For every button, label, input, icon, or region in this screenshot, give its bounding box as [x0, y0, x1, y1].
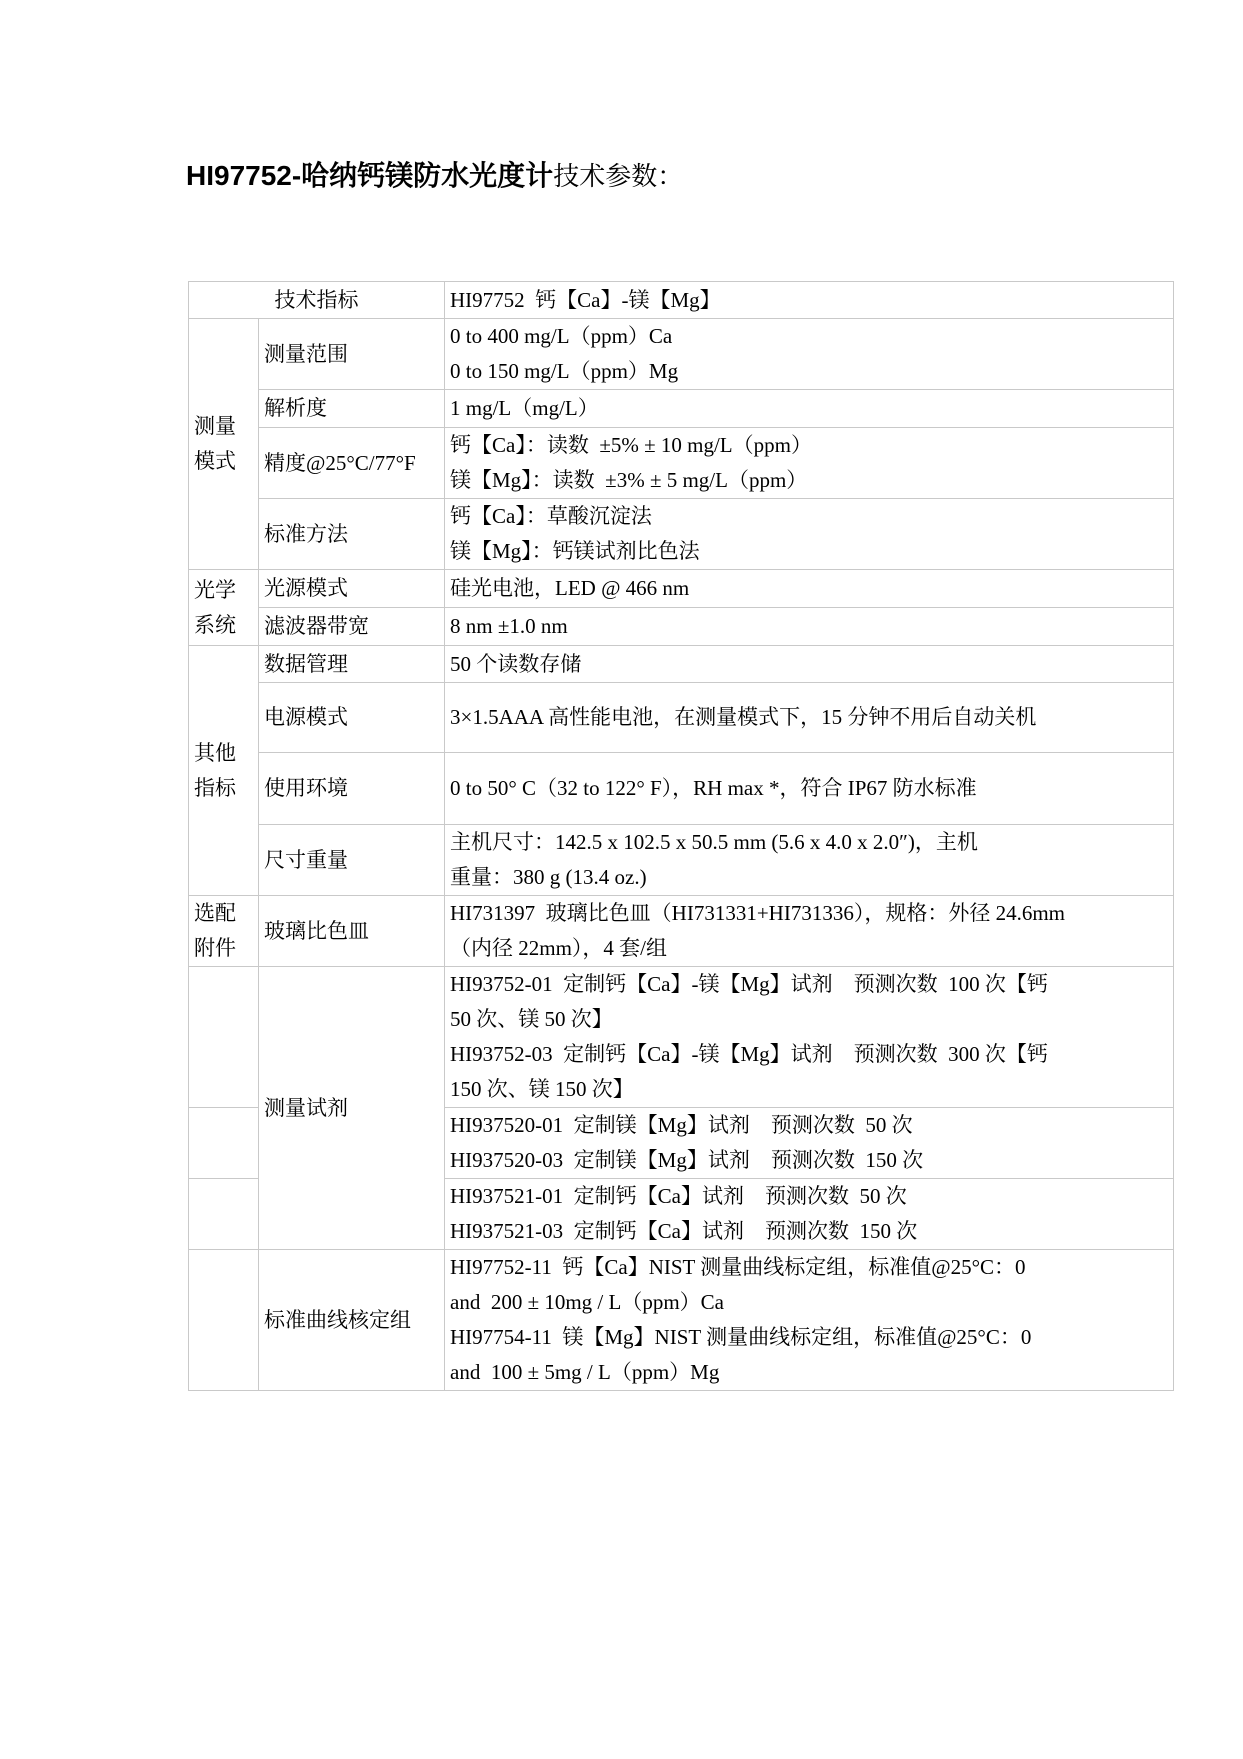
table-row: 技术指标HI97752 钙【Ca】-镁【Mg】 — [189, 282, 1174, 319]
spec-label-cell: 解析度 — [259, 390, 445, 428]
spec-label-cell: 电源模式 — [259, 683, 445, 753]
spec-value-cell: 硅光电池，LED @ 466 nm — [445, 570, 1174, 608]
spec-group-cell — [189, 1108, 259, 1179]
spec-group-cell: 其他 指标 — [189, 646, 259, 896]
spec-value-cell: 钙【Ca】：读数 ±5% ± 10 mg/L（ppm） 镁【Mg】：读数 ±3%… — [445, 428, 1174, 499]
table-row: 滤波器带宽8 nm ±1.0 nm — [189, 608, 1174, 646]
spec-value-cell: 钙【Ca】：草酸沉淀法 镁【Mg】：钙镁试剂比色法 — [445, 499, 1174, 570]
spec-label-cell: 精度@25°C/77°F — [259, 428, 445, 499]
spec-header-value-cell: HI97752 钙【Ca】-镁【Mg】 — [445, 282, 1174, 319]
title-product-name: HI97752-哈纳钙镁防水光度计 — [186, 160, 553, 191]
spec-label-cell: 玻璃比色皿 — [259, 896, 445, 967]
spec-value-cell: 3×1.5AAA 高性能电池，在测量模式下，15 分钟不用后自动关机 — [445, 683, 1174, 753]
table-row: 其他 指标数据管理50 个读数存储 — [189, 646, 1174, 683]
page-title: HI97752-哈纳钙镁防水光度计技术参数： — [186, 156, 683, 195]
table-row: 解析度1 mg/L（mg/L） — [189, 390, 1174, 428]
spec-group-cell: 测量 模式 — [189, 319, 259, 570]
spec-value-cell: 0 to 400 mg/L（ppm）Ca 0 to 150 mg/L（ppm）M… — [445, 319, 1174, 390]
title-suffix: 技术参数： — [553, 162, 683, 191]
spec-value-cell: HI93752-01 定制钙【Ca】-镁【Mg】试剂 预测次数 100 次【钙 … — [445, 967, 1174, 1108]
spec-group-cell: 光学 系统 — [189, 570, 259, 646]
spec-value-cell: HI937520-01 定制镁【Mg】试剂 预测次数 50 次 HI937520… — [445, 1108, 1174, 1179]
spec-table: 技术指标HI97752 钙【Ca】-镁【Mg】测量 模式测量范围0 to 400… — [188, 281, 1174, 1391]
spec-value-cell: 1 mg/L（mg/L） — [445, 390, 1174, 428]
spec-label-cell: 尺寸重量 — [259, 825, 445, 896]
spec-label-cell: 标准曲线核定组 — [259, 1250, 445, 1391]
spec-label-cell: 测量范围 — [259, 319, 445, 390]
spec-value-cell: 主机尺寸：142.5 x 102.5 x 50.5 mm (5.6 x 4.0 … — [445, 825, 1174, 896]
table-row: 光学 系统光源模式硅光电池，LED @ 466 nm — [189, 570, 1174, 608]
spec-label-cell: 测量试剂 — [259, 967, 445, 1250]
spec-header-label-cell: 技术指标 — [189, 282, 445, 319]
document-page: { "title": { "bold": "HI97752-哈纳钙镁防水光度计"… — [0, 0, 1243, 1759]
spec-label-cell: 标准方法 — [259, 499, 445, 570]
spec-value-cell: 8 nm ±1.0 nm — [445, 608, 1174, 646]
spec-label-cell: 滤波器带宽 — [259, 608, 445, 646]
table-row: 标准方法钙【Ca】：草酸沉淀法 镁【Mg】：钙镁试剂比色法 — [189, 499, 1174, 570]
spec-group-cell — [189, 1179, 259, 1250]
spec-label-cell: 数据管理 — [259, 646, 445, 683]
spec-label-cell: 使用环境 — [259, 753, 445, 825]
spec-label-cell: 光源模式 — [259, 570, 445, 608]
table-row: 选配 附件玻璃比色皿HI731397 玻璃比色皿（HI731331+HI7313… — [189, 896, 1174, 967]
table-row: 电源模式3×1.5AAA 高性能电池，在测量模式下，15 分钟不用后自动关机 — [189, 683, 1174, 753]
table-row: 测量试剂HI93752-01 定制钙【Ca】-镁【Mg】试剂 预测次数 100 … — [189, 967, 1174, 1108]
spec-value-cell: 50 个读数存储 — [445, 646, 1174, 683]
table-row: 测量 模式测量范围0 to 400 mg/L（ppm）Ca 0 to 150 m… — [189, 319, 1174, 390]
table-row: 精度@25°C/77°F钙【Ca】：读数 ±5% ± 10 mg/L（ppm） … — [189, 428, 1174, 499]
spec-value-cell: 0 to 50° C（32 to 122° F），RH max *，符合 IP6… — [445, 753, 1174, 825]
table-row: 尺寸重量主机尺寸：142.5 x 102.5 x 50.5 mm (5.6 x … — [189, 825, 1174, 896]
spec-group-cell — [189, 1250, 259, 1391]
spec-value-cell: HI97752-11 钙【Ca】NIST 测量曲线标定组，标准值@25°C：0 … — [445, 1250, 1174, 1391]
table-row: 使用环境0 to 50° C（32 to 122° F），RH max *，符合… — [189, 753, 1174, 825]
spec-group-cell — [189, 967, 259, 1108]
spec-value-cell: HI937521-01 定制钙【Ca】试剂 预测次数 50 次 HI937521… — [445, 1179, 1174, 1250]
spec-group-cell: 选配 附件 — [189, 896, 259, 967]
table-row: 标准曲线核定组HI97752-11 钙【Ca】NIST 测量曲线标定组，标准值@… — [189, 1250, 1174, 1391]
spec-value-cell: HI731397 玻璃比色皿（HI731331+HI731336），规格：外径 … — [445, 896, 1174, 967]
